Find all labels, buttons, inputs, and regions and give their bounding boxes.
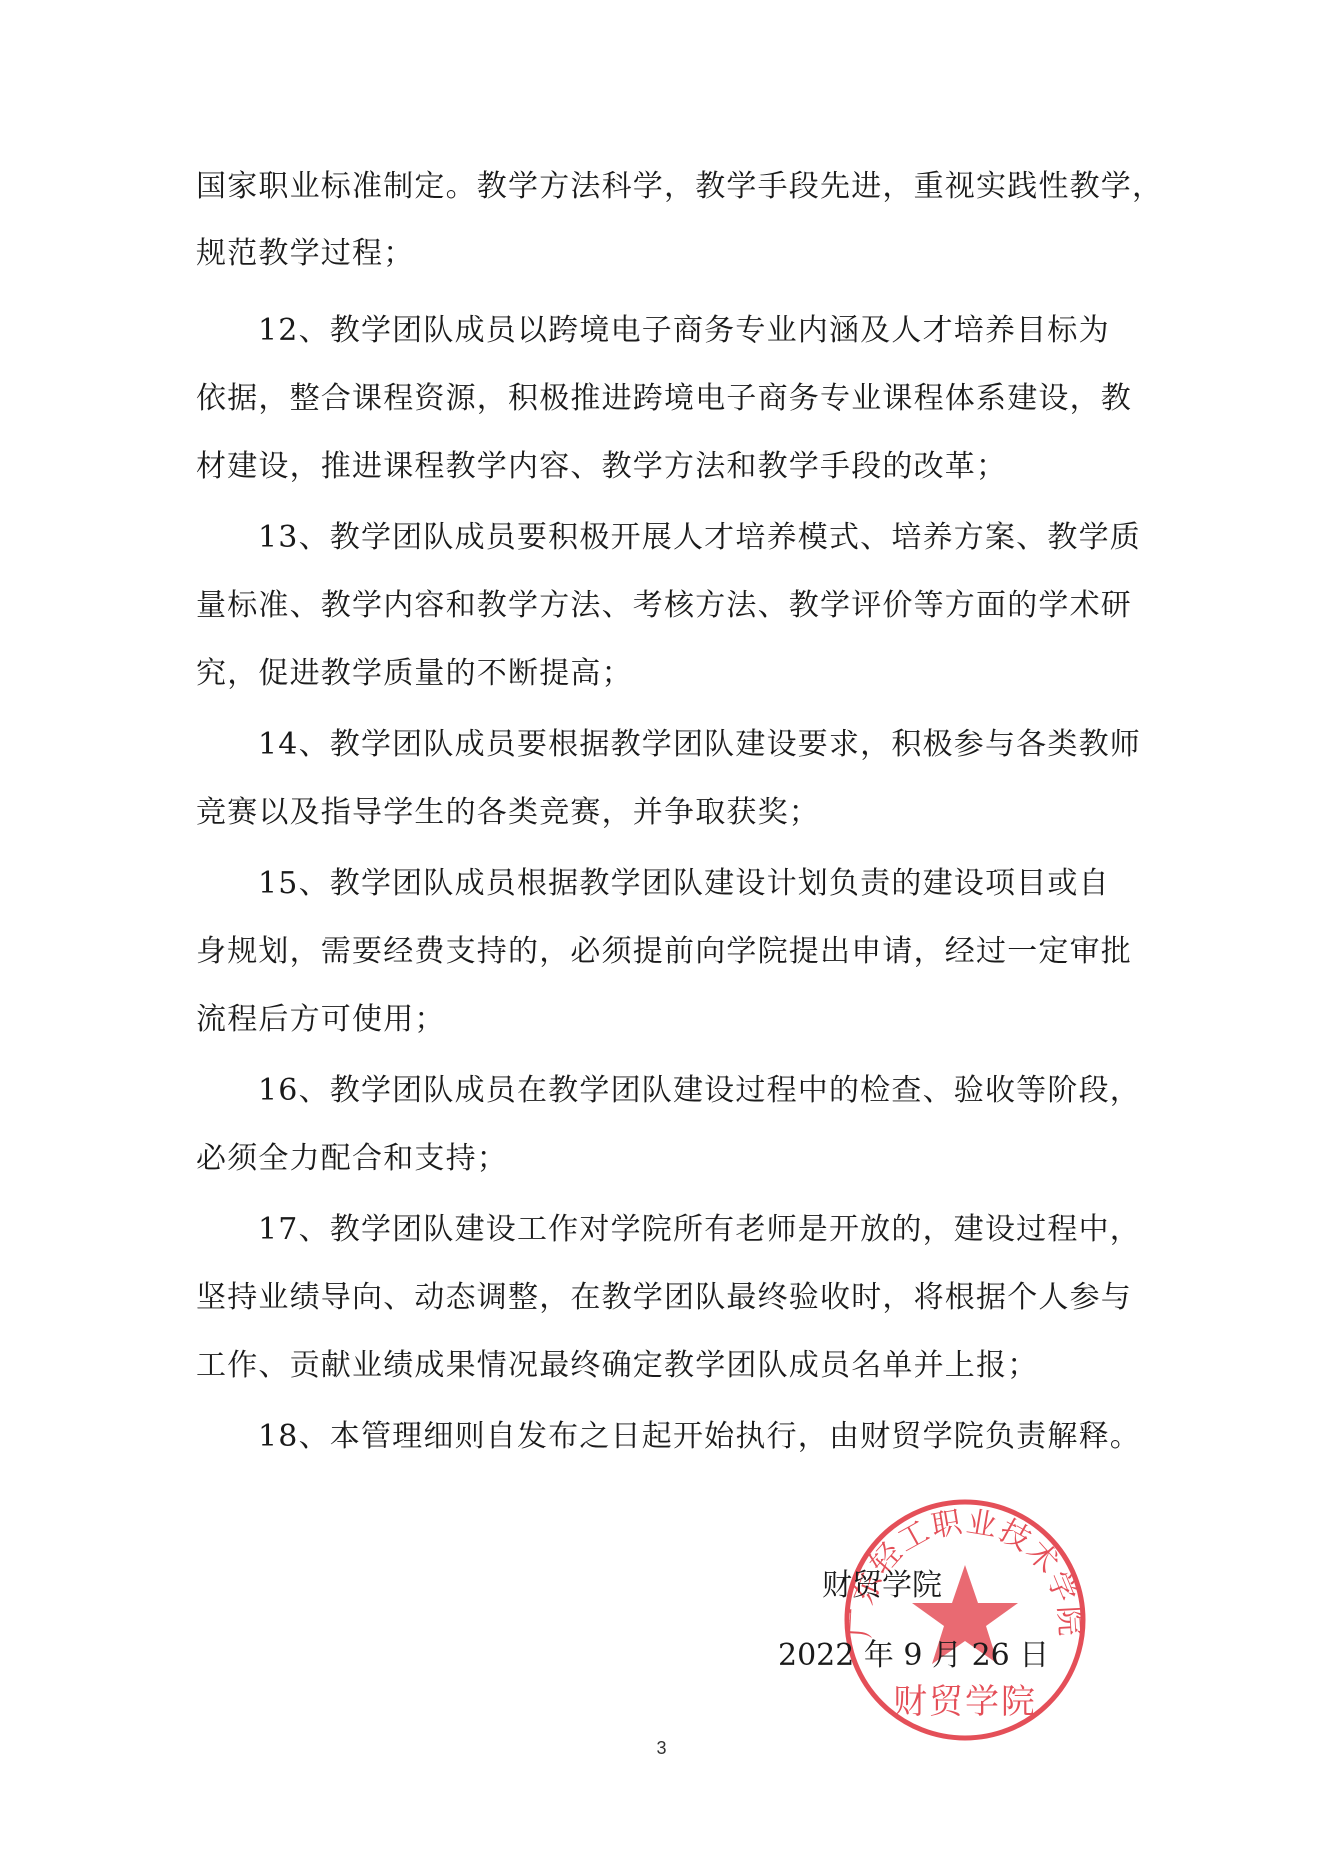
text-line: 12、教学团队成员以跨境电子商务专业内涵及人才培养目标为 — [258, 311, 1110, 351]
text-line: 13、教学团队成员要积极开展人才培养模式、培养方案、教学质 — [258, 518, 1141, 558]
text-line: 必须全力配合和支持； — [196, 1139, 508, 1179]
text-line: 坚持业绩导向、动态调整，在教学团队最终验收时，将根据个人参与 — [196, 1278, 1132, 1318]
svg-text:财贸学院: 财贸学院 — [893, 1682, 1037, 1722]
text-line: 17、教学团队建设工作对学院所有老师是开放的，建设过程中， — [258, 1210, 1141, 1250]
text-line: 竞赛以及指导学生的各类竞赛，并争取获奖； — [196, 793, 820, 833]
text-line: 究，促进教学质量的不断提高； — [196, 654, 633, 694]
text-line: 依据，整合课程资源，积极推进跨境电子商务专业课程体系建设，教 — [196, 379, 1132, 419]
signature-org: 财贸学院 — [822, 1560, 942, 1604]
text-line: 量标准、教学内容和教学方法、考核方法、教学评价等方面的学术研 — [196, 586, 1132, 626]
page-number: 3 — [0, 1738, 1323, 1759]
text-line: 材建设，推进课程教学内容、教学方法和教学手段的改革； — [196, 447, 1007, 487]
document-page: 国家职业标准制定。教学方法科学，教学手段先进，重视实践性教学，规范教学过程；12… — [0, 0, 1323, 1871]
text-line: 规范教学过程； — [196, 234, 414, 274]
official-seal: 广东轻工职业技术学院 财贸学院 — [840, 1495, 1090, 1745]
text-line: 16、教学团队成员在教学团队建设过程中的检查、验收等阶段， — [258, 1071, 1141, 1111]
text-line: 国家职业标准制定。教学方法科学，教学手段先进，重视实践性教学， — [196, 167, 1163, 207]
text-line: 15、教学团队成员根据教学团队建设计划负责的建设项目或自 — [258, 864, 1110, 904]
signature-date: 2022 年 9 月 26 日 — [778, 1630, 1049, 1674]
text-line: 工作、贡献业绩成果情况最终确定教学团队成员名单并上报； — [196, 1346, 1038, 1386]
text-line: 身规划，需要经费支持的，必须提前向学院提出申请，经过一定审批 — [196, 932, 1132, 972]
text-line: 流程后方可使用； — [196, 1000, 446, 1040]
text-line: 18、本管理细则自发布之日起开始执行，由财贸学院负责解释。 — [258, 1417, 1141, 1457]
text-line: 14、教学团队成员要根据教学团队建设要求，积极参与各类教师 — [258, 725, 1141, 765]
